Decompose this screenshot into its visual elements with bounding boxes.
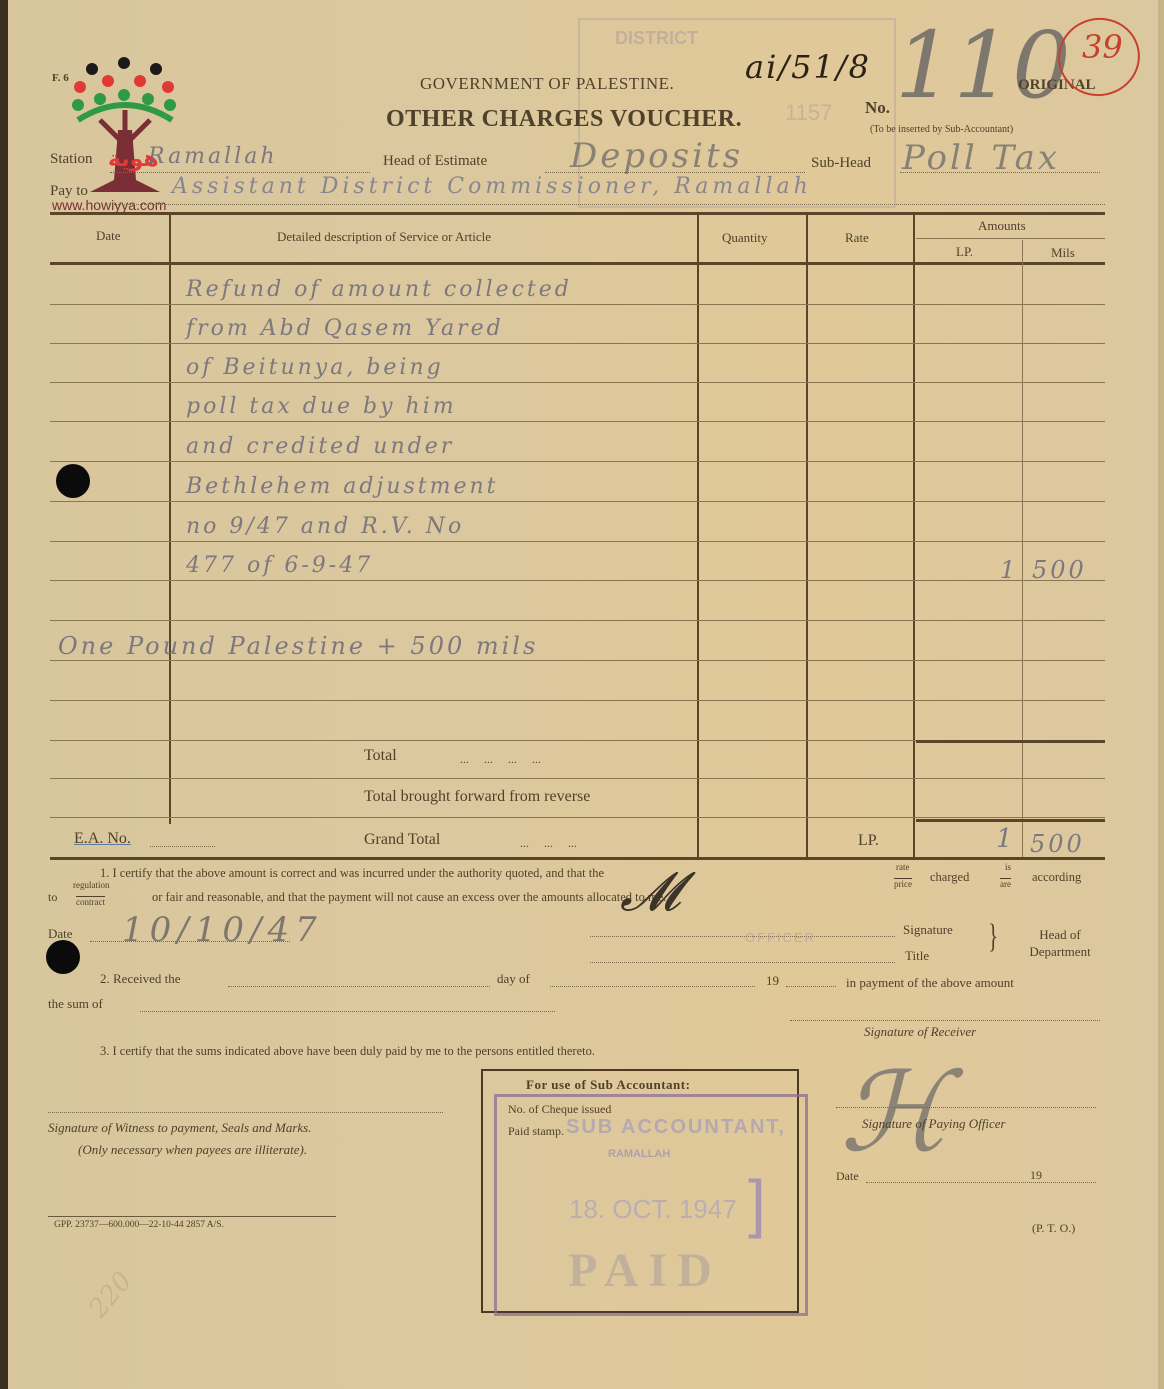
- printer-line-rule: [48, 1216, 336, 1217]
- description-line: poll tax due by him: [186, 394, 457, 419]
- paying-officer-date-label: Date: [836, 1169, 859, 1184]
- grand-total-label: Grand Total: [364, 831, 440, 849]
- lp-mils-divider: [1022, 240, 1023, 859]
- line-amount-lp: 1: [1000, 556, 1018, 584]
- frac3-top: regulation: [73, 880, 110, 890]
- grand-total-dots: ... ... ...: [520, 836, 577, 851]
- frac1-top: rate: [896, 862, 910, 872]
- stamp-bracket: ]: [748, 1166, 766, 1240]
- receiver-signature-line: [790, 1020, 1100, 1021]
- brace: }: [988, 920, 998, 954]
- rule-row: [50, 343, 1105, 344]
- faint-officer-stamp: OFFICER: [745, 930, 816, 945]
- head-dotted-line: [545, 172, 805, 173]
- cert3-text: 3. I certify that the sums indicated abo…: [100, 1044, 595, 1059]
- cert2-year: 19: [766, 973, 779, 989]
- voucher-page: هوية www.howiyya.com DISTRICT 1157 F. 6 …: [0, 0, 1164, 1389]
- voucher-no-label: No.: [865, 98, 890, 118]
- station-field[interactable]: Ramallah: [148, 144, 373, 169]
- grand-total-unit: LP.: [858, 832, 879, 850]
- logo-person-icon: [134, 75, 146, 87]
- logo-person-icon: [150, 63, 162, 75]
- column-header-rate: Rate: [845, 230, 869, 246]
- stamp-sub-accountant: SUB ACCOUNTANT,: [566, 1116, 786, 1139]
- subhead-dotted-line: [900, 172, 1100, 173]
- voucher-no-note: (To be inserted by Sub-Accountant): [870, 124, 1013, 135]
- stamp-date: 18. OCT. 1947: [569, 1194, 737, 1225]
- payto-dotted-line: [110, 204, 1105, 205]
- amount-in-words: One Pound Palestine + 500 mils: [58, 632, 538, 660]
- quantity-column-divider: [806, 214, 808, 859]
- paid-stamp-label: Paid stamp.: [508, 1124, 564, 1139]
- column-header-date: Date: [96, 228, 121, 244]
- folio-number: 39: [1082, 28, 1123, 66]
- paying-officer-signature: ℋ: [840, 1048, 949, 1176]
- logo-person-icon: [74, 81, 86, 93]
- rate-column-divider: [913, 214, 915, 859]
- forward-label: Total brought forward from reverse: [364, 788, 590, 806]
- paying-officer-label: Signature of Paying Officer: [862, 1116, 1006, 1132]
- rule-row: [50, 421, 1105, 422]
- pto-label: (P. T. O.): [1032, 1221, 1075, 1236]
- line-amount-mils: 500: [1032, 556, 1087, 584]
- rule-row: [50, 304, 1105, 305]
- frac2-bottom: are: [1000, 878, 1011, 889]
- receiver-signature-label: Signature of Receiver: [864, 1024, 976, 1040]
- frac2-top: is: [1005, 862, 1011, 872]
- witness-label: Signature of Witness to payment, Seals a…: [48, 1120, 311, 1136]
- description-column-divider: [697, 214, 699, 859]
- cert1-text-b: or fair and reasonable, and that the pay…: [152, 890, 666, 905]
- district-stamp-text: DISTRICT: [615, 28, 698, 49]
- table-bottom-border: [50, 857, 1105, 860]
- sub-accountant-title: For use of Sub Accountant:: [526, 1077, 690, 1093]
- printer-imprint: GPP. 23737—600.000—22-10-44 2857 A/S.: [54, 1220, 224, 1230]
- column-header-mils: Mils: [1051, 245, 1075, 261]
- signature-label: Signature: [903, 922, 953, 938]
- cheque-label: No. of Cheque issued: [508, 1102, 611, 1117]
- cert1-text-a: 1. I certify that the above amount is co…: [100, 866, 604, 881]
- stamp-location: RAMALLAH: [608, 1148, 670, 1160]
- rule-row: [50, 620, 1105, 621]
- pay-to-field[interactable]: Assistant District Commissioner, Ramalla…: [172, 174, 812, 199]
- received-year-line: [786, 986, 836, 987]
- title-label: Title: [905, 948, 929, 964]
- logo-person-icon: [86, 63, 98, 75]
- column-header-description: Detailed description of Service or Artic…: [277, 229, 491, 245]
- signature-dotted-line: [590, 936, 895, 937]
- station-dotted-line: [110, 172, 370, 173]
- total-dots: ... ... ... ...: [460, 752, 541, 767]
- witness-note: (Only necessary when payees are illitera…: [78, 1142, 307, 1158]
- description-line: Bethlehem adjustment: [186, 474, 499, 499]
- file-reference: ai/51/8: [745, 48, 871, 86]
- frac3-bottom: contract: [76, 896, 105, 907]
- column-header-amounts: Amounts: [978, 218, 1026, 234]
- government-heading: GOVERNMENT OF PALESTINE.: [420, 74, 674, 94]
- pay-to-label: Pay to: [50, 183, 88, 200]
- amounts-header-divider: [916, 238, 1105, 239]
- description-line: from Abd Qasem Yared: [186, 316, 504, 341]
- cert2-sum: the sum of: [48, 996, 103, 1012]
- description-line: and credited under: [186, 434, 454, 459]
- station-label: Station: [50, 151, 93, 168]
- punch-hole: [56, 464, 90, 498]
- sub-head-label: Sub-Head: [811, 155, 871, 172]
- description-line: Refund of amount collected: [186, 277, 572, 302]
- date-field[interactable]: 10/10/47: [122, 910, 323, 950]
- howiyya-logo: هوية: [70, 55, 180, 195]
- cert2-day-of: day of: [497, 971, 530, 987]
- column-header-quantity: Quantity: [722, 230, 768, 246]
- ea-no-label[interactable]: E.A. No.: [74, 830, 131, 848]
- description-line: 477 of 6-9-47: [186, 553, 373, 578]
- paying-officer-signature-line: [836, 1107, 1096, 1108]
- total-rule: [916, 740, 1105, 743]
- page-title: OTHER CHARGES VOUCHER.: [386, 106, 742, 133]
- head-of-estimate-label: Head of Estimate: [383, 153, 487, 170]
- cert2-payment: in payment of the above amount: [846, 975, 1014, 991]
- cert1-according: according: [1032, 870, 1081, 885]
- punch-hole: [46, 940, 80, 974]
- paying-officer-date-line: [866, 1182, 1096, 1183]
- column-header-lp: LP.: [956, 244, 973, 260]
- title-dotted-line: [590, 962, 895, 963]
- description-line: no 9/47 and R.V. No: [186, 514, 464, 539]
- logo-person-icon: [162, 81, 174, 93]
- rule-row: [50, 700, 1105, 701]
- cert2-received: 2. Received the: [100, 971, 181, 987]
- hod-signature: 𝓜: [620, 860, 680, 924]
- head-of-estimate-field[interactable]: Deposits: [570, 136, 743, 176]
- rule-row: [50, 660, 1105, 661]
- table-header-bottom-border: [50, 262, 1105, 265]
- grand-total-lp: 1: [996, 824, 1016, 854]
- rule-row: [50, 778, 1105, 779]
- logo-person-icon: [102, 75, 114, 87]
- ea-no-dotted-line: [150, 846, 215, 847]
- witness-signature-line: [48, 1112, 443, 1113]
- date-dotted-line: [90, 941, 290, 942]
- voucher-number: 110: [895, 12, 1071, 119]
- total-label: Total: [364, 747, 397, 765]
- frac3-prefix: to: [48, 890, 57, 905]
- head-of-department-label: Head of Department: [1014, 926, 1106, 960]
- table-top-border: [50, 212, 1105, 215]
- paying-officer-year: 19: [1030, 1168, 1042, 1183]
- rule-row: [50, 382, 1105, 383]
- logo-person-icon: [118, 57, 130, 69]
- rule-row: [50, 461, 1105, 462]
- rule-row: [50, 501, 1105, 502]
- grand-total-rule: [916, 819, 1105, 822]
- sum-dotted-line: [140, 1011, 555, 1012]
- received-day-line: [228, 986, 490, 987]
- date-column-divider: [169, 214, 171, 824]
- received-month-line: [550, 986, 755, 987]
- frac1-bottom: price: [894, 878, 912, 889]
- form-number: F. 6: [52, 72, 69, 84]
- grand-total-mils: 500: [1030, 830, 1085, 858]
- rule-row: [50, 817, 1105, 818]
- description-line: of Beitunya, being: [186, 355, 444, 380]
- cert1-charged: charged: [930, 870, 969, 885]
- district-stamp-number: 1157: [785, 100, 832, 126]
- rule-row: [50, 541, 1105, 542]
- stamp-paid: PAID: [568, 1243, 722, 1298]
- rule-row: [50, 580, 1105, 581]
- pencil-mark: 220: [83, 1266, 138, 1323]
